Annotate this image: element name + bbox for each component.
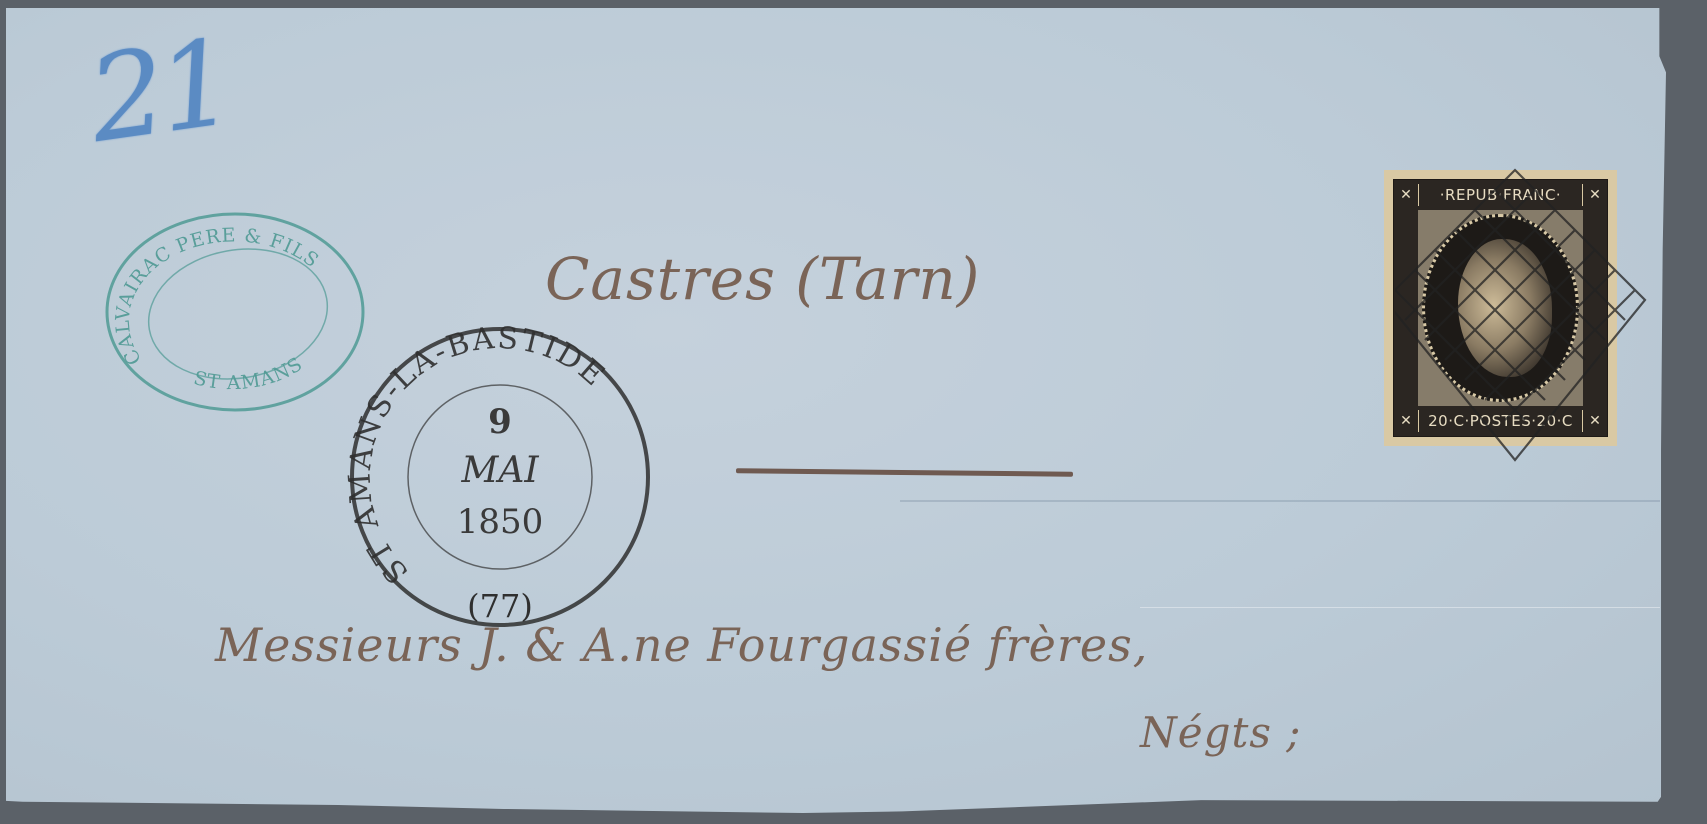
cachet-town: ST AMANS (191, 353, 306, 394)
postmark-month: MAI (340, 450, 660, 491)
docket-number: 21 (81, 13, 237, 169)
stamp-central-field (1418, 210, 1583, 406)
circular-date-postmark: ST AMANS-LA-BASTIDE (77) 9 MAI 1850 (340, 322, 660, 632)
stamp-medallion (1422, 214, 1579, 402)
svg-text:CALVAIRAC PERE & FILS: CALVAIRAC PERE & FILS (112, 224, 324, 368)
fold-crease (1140, 607, 1660, 608)
postmark-day: 9 (340, 402, 660, 442)
addressee-title: Négts ; (1140, 708, 1301, 757)
stamp-top-inscription: ·REPUB·FRANC· (1418, 184, 1583, 206)
corner-ornament-icon: ✕ (1397, 412, 1415, 430)
fold-line (900, 500, 1660, 502)
stamp-frame: ✕ ✕ ✕ ✕ ·REPUB·FRANC· 20·C·POSTES·20·C (1393, 179, 1608, 437)
ceres-head-icon (1458, 239, 1552, 377)
postage-stamp: ✕ ✕ ✕ ✕ ·REPUB·FRANC· 20·C·POSTES·20·C (1384, 170, 1617, 446)
corner-ornament-icon: ✕ (1586, 412, 1604, 430)
cachet-text: CALVAIRAC PERE & FILS (112, 224, 324, 368)
oval-cachet: CALVAIRAC PERE & FILS ST AMANS (102, 210, 368, 415)
stamp-bottom-inscription: 20·C·POSTES·20·C (1418, 410, 1583, 432)
destination-city: Castres (Tarn) (545, 245, 980, 313)
addressee: Messieurs J. & A.ne Fourgassié frères, (215, 618, 1148, 672)
svg-text:ST AMANS: ST AMANS (191, 353, 306, 394)
corner-ornament-icon: ✕ (1586, 186, 1604, 204)
postmark-year: 1850 (340, 502, 660, 542)
corner-ornament-icon: ✕ (1397, 186, 1415, 204)
